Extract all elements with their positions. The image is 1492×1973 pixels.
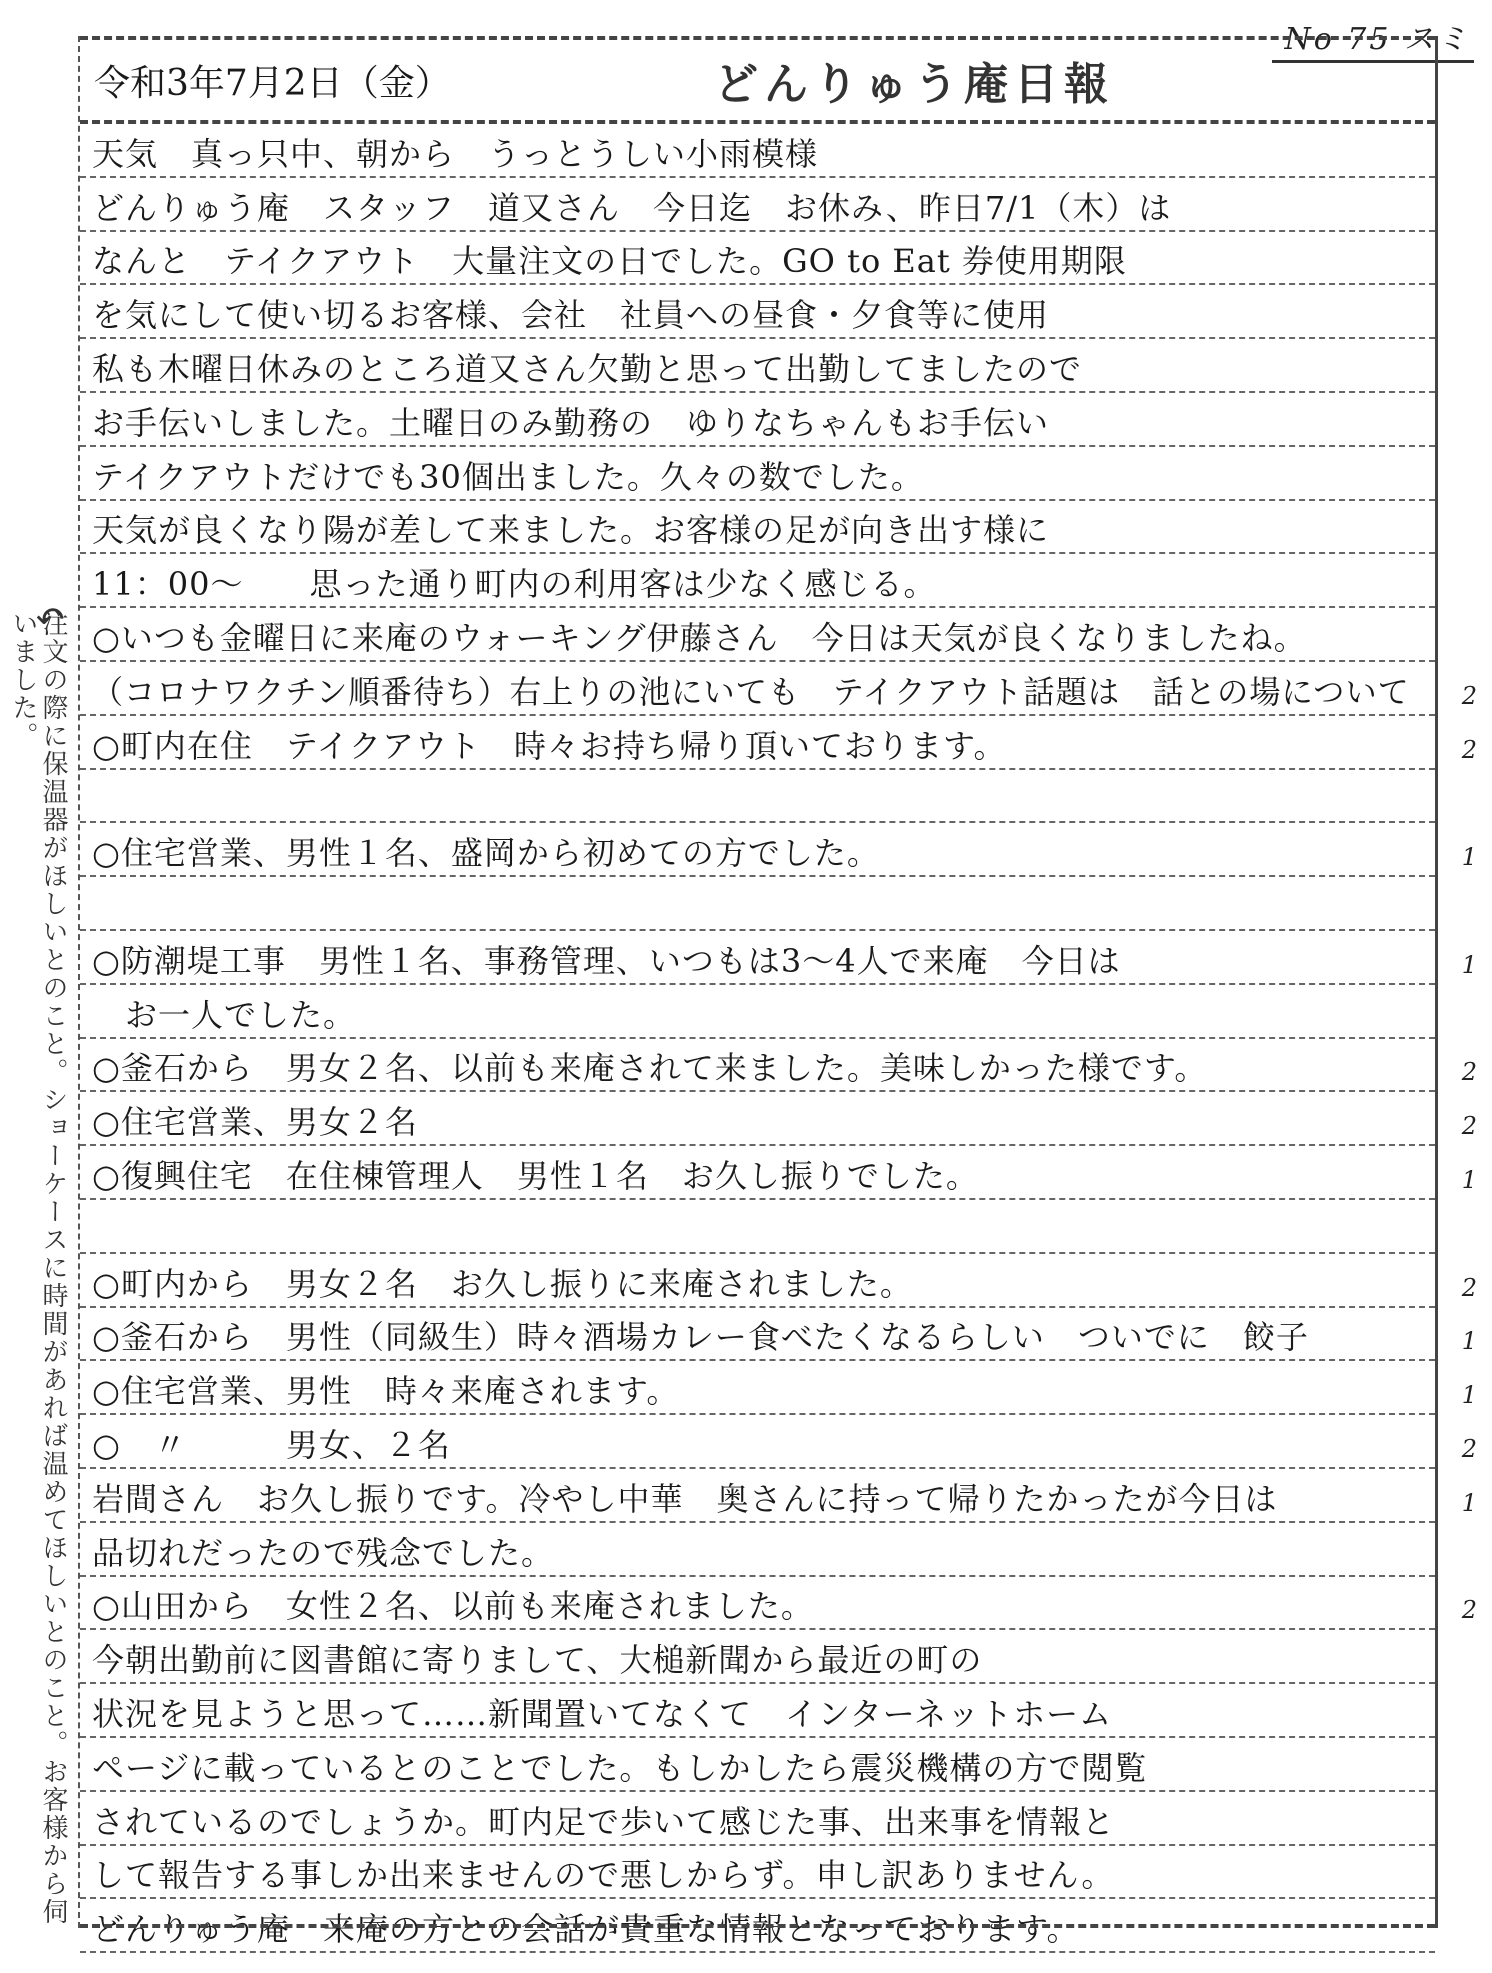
report-line: 今朝出勤前に図書館に寄りまして、大槌新聞から最近の町の: [80, 1630, 1435, 1684]
report-line: 状況を見ようと思って……新聞置いてなくて インターネットホーム: [80, 1684, 1435, 1738]
line-text: ○住宅営業、男性１名、盛岡から初めての方でした。: [80, 831, 880, 875]
line-text: ○防潮堤工事 男性１名、事務管理、いつもは3～4人で来庵 今日は: [80, 939, 1121, 983]
report-line: 岩間さん お久し振りです。冷やし中華 奥さんに持って帰りたかったが今日は1: [80, 1469, 1435, 1523]
report-date: 令和3年7月2日（金）: [80, 55, 714, 106]
report-line: ○釜石から 男女２名、以前も来庵されて来ました。美味しかった様です。2: [80, 1039, 1435, 1093]
report-line: ページに載っているとのことでした。もしかしたら震災機構の方で閲覧: [80, 1738, 1435, 1792]
report-line: ○住宅営業、男性 時々来庵されます。1: [80, 1361, 1435, 1415]
report-line: ○ 〃 男女、２名2: [80, 1415, 1435, 1469]
report-line: 品切れだったので残念でした。: [80, 1523, 1435, 1577]
line-text: して報告する事しか出来ませんので悪しからず。申し訳ありません。: [80, 1853, 1114, 1897]
guest-count: 1: [1462, 951, 1477, 979]
guest-count: 1: [1462, 1327, 1477, 1355]
line-text: ○釜石から 男女２名、以前も来庵されて来ました。美味しかった様です。: [80, 1046, 1207, 1090]
report-line: 天気が良くなり陽が差して来ました。お客様の足が向き出す様に: [80, 501, 1435, 555]
report-line: ○住宅営業、男女２名2: [80, 1092, 1435, 1146]
line-text: ○町内在住 テイクアウト 時々お持ち帰り頂いております。: [80, 724, 1006, 768]
line-text: どんりゅう庵 スタッフ 道又さん 今日迄 お休み、昨日7/1（木）は: [80, 186, 1171, 230]
line-text: 天気が良くなり陽が差して来ました。お客様の足が向き出す様に: [80, 508, 1049, 552]
guest-count: 2: [1462, 1112, 1477, 1140]
report-header: 令和3年7月2日（金） どんりゅう庵日報: [80, 40, 1435, 124]
margin-note: 注文の際に保温器がほしいとのこと。ショーケースに時間があれば温めてほしいとのこと…: [8, 610, 68, 1950]
report-line: されているのでしょうか。町内足で歩いて感じた事、出来事を情報と: [80, 1792, 1435, 1846]
line-text: お手伝いしました。土曜日のみ勤務の ゆりなちゃんもお手伝い: [80, 401, 1049, 445]
line-text: ○釜石から 男性（同級生）時々酒場カレー食べたくなるらしい ついでに 餃子: [80, 1315, 1309, 1359]
guest-count: 2: [1462, 682, 1477, 710]
bottom-rule: [80, 1924, 1435, 1928]
guest-count: 2: [1462, 1435, 1477, 1463]
report-line: して報告する事しか出来ませんので悪しからず。申し訳ありません。: [80, 1846, 1435, 1900]
line-text: ○住宅営業、男女２名: [80, 1100, 418, 1144]
line-text: 11：00～ 思った通り町内の利用客は少なく感じる。: [80, 562, 936, 606]
report-line: ○住宅営業、男性１名、盛岡から初めての方でした。1: [80, 823, 1435, 877]
report-line: 天気 真っ只中、朝から うっとうしい小雨模様: [80, 124, 1435, 178]
line-text: ○町内から 男女２名 お久し振りに来庵されました。: [80, 1262, 913, 1306]
report-line: お一人でした。: [80, 985, 1435, 1039]
line-text: テイクアウトだけでも30個出ました。久々の数でした。: [80, 455, 924, 499]
report-line: お手伝いしました。土曜日のみ勤務の ゆりなちゃんもお手伝い: [80, 393, 1435, 447]
line-text: なんと テイクアウト 大量注文の日でした。GO to Eat 券使用期限: [80, 239, 1127, 283]
line-text: ○復興住宅 在住棟管理人 男性１名 お久し振りでした。: [80, 1154, 979, 1198]
line-text: を気にして使い切るお客様、会社 社員への昼食・夕食等に使用: [80, 293, 1049, 337]
report-title: どんりゅう庵日報: [714, 48, 1114, 112]
guest-count: 1: [1462, 843, 1477, 871]
report-line: ○防潮堤工事 男性１名、事務管理、いつもは3～4人で来庵 今日は1: [80, 931, 1435, 985]
line-text: 品切れだったので残念でした。: [80, 1531, 554, 1575]
report-body: 天気 真っ只中、朝から うっとうしい小雨模様どんりゅう庵 スタッフ 道又さん 今…: [80, 124, 1435, 1953]
line-text: 岩間さん お久し振りです。冷やし中華 奥さんに持って帰りたかったが今日は: [80, 1477, 1277, 1521]
report-line: [80, 770, 1435, 824]
line-text: ○住宅営業、男性 時々来庵されます。: [80, 1369, 679, 1413]
guest-count: 2: [1462, 1596, 1477, 1624]
line-text: 天気 真っ只中、朝から うっとうしい小雨模様: [80, 132, 818, 176]
report-line: なんと テイクアウト 大量注文の日でした。GO to Eat 券使用期限: [80, 232, 1435, 286]
guest-count: 1: [1462, 1489, 1477, 1517]
line-text: されているのでしょうか。町内足で歩いて感じた事、出来事を情報と: [80, 1800, 1115, 1844]
line-text: ○山田から 女性２名、以前も来庵されました。: [80, 1584, 814, 1628]
guest-count: 2: [1462, 736, 1477, 764]
report-line: ○町内在住 テイクアウト 時々お持ち帰り頂いております。2: [80, 716, 1435, 770]
line-text: お一人でした。: [80, 993, 356, 1037]
line-text: ページに載っているとのことでした。もしかしたら震災機構の方で閲覧: [80, 1746, 1147, 1790]
report-line: [80, 1200, 1435, 1254]
guest-count: 1: [1462, 1381, 1477, 1409]
report-line: テイクアウトだけでも30個出ました。久々の数でした。: [80, 447, 1435, 501]
line-text: 今朝出勤前に図書館に寄りまして、大槌新聞から最近の町の: [80, 1638, 982, 1682]
line-text: 私も木曜日休みのところ道又さん欠勤と思って出勤してましたので: [80, 347, 1082, 391]
report-line: ○釜石から 男性（同級生）時々酒場カレー食べたくなるらしい ついでに 餃子1: [80, 1308, 1435, 1362]
report-line: 11：00～ 思った通り町内の利用客は少なく感じる。: [80, 554, 1435, 608]
line-text: 状況を見ようと思って……新聞置いてなくて インターネットホーム: [80, 1692, 1112, 1736]
report-line: ○町内から 男女２名 お久し振りに来庵されました。2: [80, 1254, 1435, 1308]
guest-count: 2: [1462, 1274, 1477, 1302]
line-text: ○いつも金曜日に来庵のウォーキング伊藤さん 今日は天気が良くなりましたね。: [80, 616, 1307, 660]
report-line: ○復興住宅 在住棟管理人 男性１名 お久し振りでした。1: [80, 1146, 1435, 1200]
report-line: を気にして使い切るお客様、会社 社員への昼食・夕食等に使用: [80, 285, 1435, 339]
line-text: （コロナワクチン順番待ち）右上りの池にいても テイクアウト話題は 話との場につい…: [80, 670, 1405, 714]
line-text: ○ 〃 男女、２名: [80, 1423, 451, 1467]
report-line: 私も木曜日休みのところ道又さん欠勤と思って出勤してましたので: [80, 339, 1435, 393]
report-line: [80, 877, 1435, 931]
guest-count: 1: [1462, 1166, 1477, 1194]
curved-arrow-icon: ↶: [36, 600, 65, 640]
report-line: ○山田から 女性２名、以前も来庵されました。2: [80, 1577, 1435, 1631]
guest-count: 2: [1462, 1058, 1477, 1086]
report-line: どんりゅう庵 スタッフ 道又さん 今日迄 お休み、昨日7/1（木）は: [80, 178, 1435, 232]
line-text: どんりゅう庵 来庵の方との会話が貴重な情報となっております。: [80, 1907, 1079, 1951]
daily-report-sheet: 令和3年7月2日（金） どんりゅう庵日報 天気 真っ只中、朝から うっとうしい小…: [78, 36, 1438, 1928]
report-line: ○いつも金曜日に来庵のウォーキング伊藤さん 今日は天気が良くなりましたね。: [80, 608, 1435, 662]
report-line: （コロナワクチン順番待ち）右上りの池にいても テイクアウト話題は 話との場につい…: [80, 662, 1435, 716]
